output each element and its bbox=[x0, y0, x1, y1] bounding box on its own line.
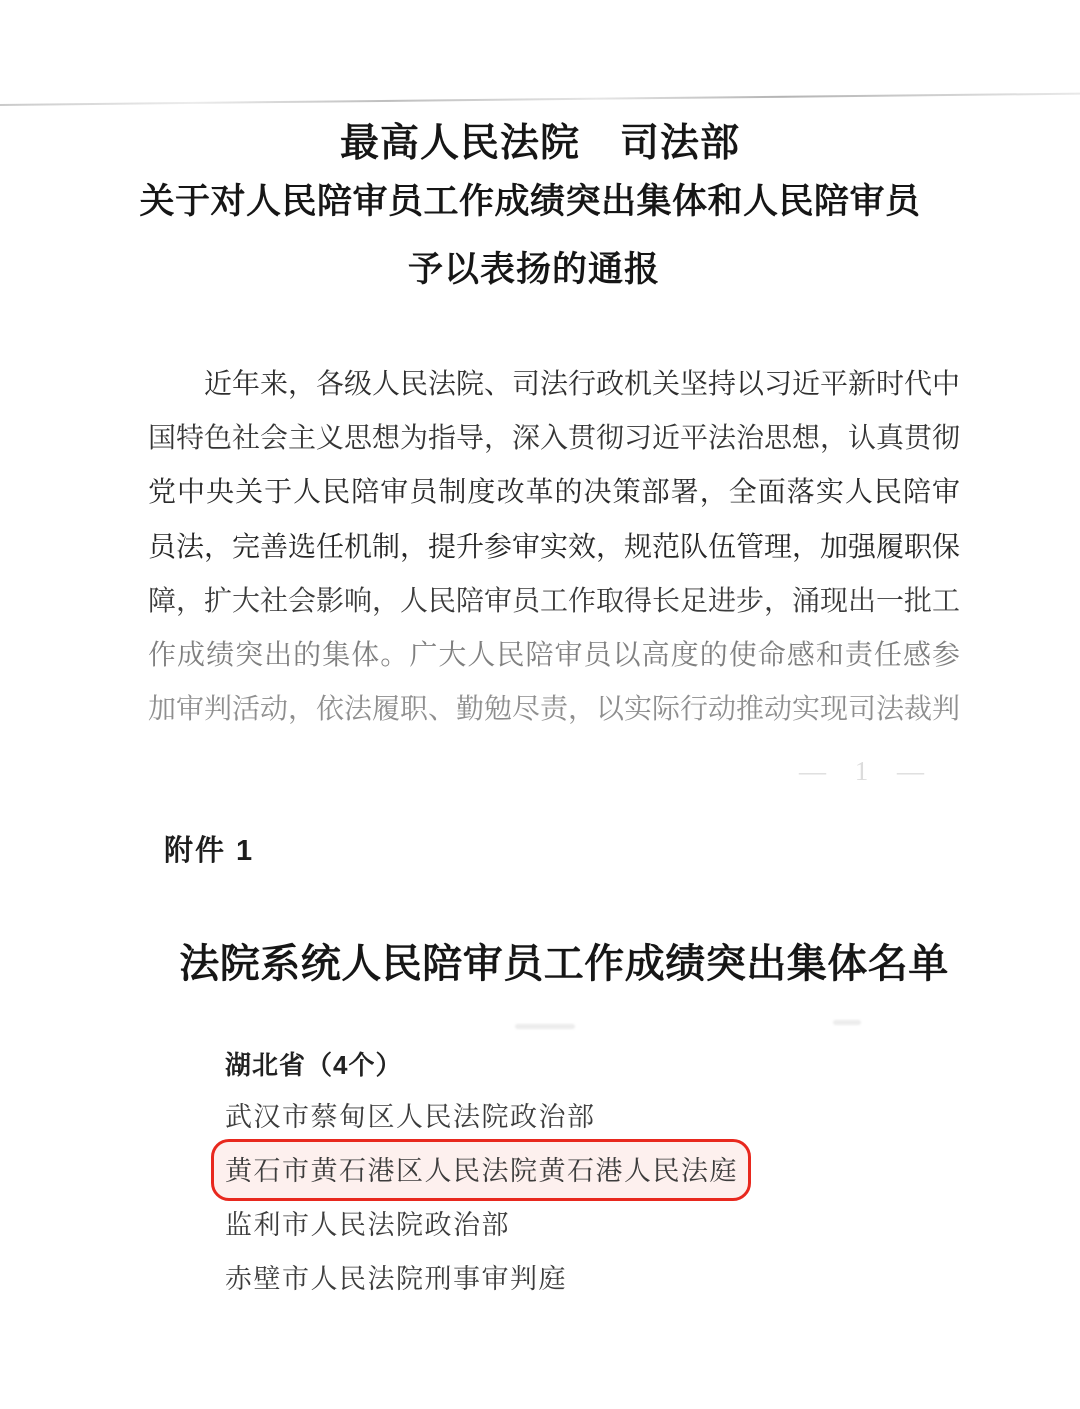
court-list-item: 赤壁市人民法院刑事审判庭 bbox=[225, 1262, 567, 1296]
body-line: 党中央关于人民陪审员制度改革的决策部署，全面落实人民陪审 bbox=[148, 466, 960, 520]
body-line: 障，扩大社会影响，人民陪审员工作取得长足进步，涌现出一批工 bbox=[148, 575, 960, 629]
court-list-item: 武汉市蔡甸区人民法院政治部 bbox=[225, 1100, 596, 1134]
attachment-section-title: 法院系统人民陪审员工作成绩突出集体名单 bbox=[24, 932, 1080, 989]
court-list-item: 监利市人民法院政治部 bbox=[225, 1208, 510, 1242]
document-title-line2: 予以表扬的通报 bbox=[0, 242, 1074, 292]
body-line: 作成绩突出的集体。广大人民陪审员以高度的使命感和责任感参 bbox=[148, 629, 960, 683]
scanned-document-page: 最高人民法院 司法部 关于对人民陪审员工作成绩突出集体和人民陪审员 予以表扬的通… bbox=[0, 0, 1080, 1409]
scan-smudge bbox=[515, 1024, 575, 1029]
attachment-label: 附件 1 bbox=[164, 828, 254, 869]
page-number: — 1 — bbox=[764, 756, 964, 787]
body-line: 国特色社会主义思想为指导，深入贯彻习近平法治思想，认真贯彻 bbox=[148, 412, 960, 466]
body-line: 加审判活动，依法履职、勤勉尽责，以实际行动推动实现司法裁判 bbox=[148, 683, 960, 737]
document-title-line1: 关于对人民陪审员工作成绩突出集体和人民陪审员 bbox=[0, 174, 1070, 224]
body-paragraph: 近年来，各级人民法院、司法行政机关坚持以习近平新时代中 国特色社会主义思想为指导… bbox=[148, 358, 960, 737]
court-list-item-highlighted: 黄石市黄石港区人民法院黄石港人民法庭 bbox=[225, 1154, 738, 1188]
scan-edge-line bbox=[0, 93, 1080, 106]
body-line: 近年来，各级人民法院、司法行政机关坚持以习近平新时代中 bbox=[148, 358, 960, 412]
body-line: 员法，完善选任机制，提升参审实效，规范队伍管理，加强履职保 bbox=[148, 521, 960, 575]
scan-smudge bbox=[833, 1020, 861, 1025]
issuing-authorities-title: 最高人民法院 司法部 bbox=[0, 112, 1080, 168]
province-header: 湖北省（4个） bbox=[225, 1048, 402, 1082]
